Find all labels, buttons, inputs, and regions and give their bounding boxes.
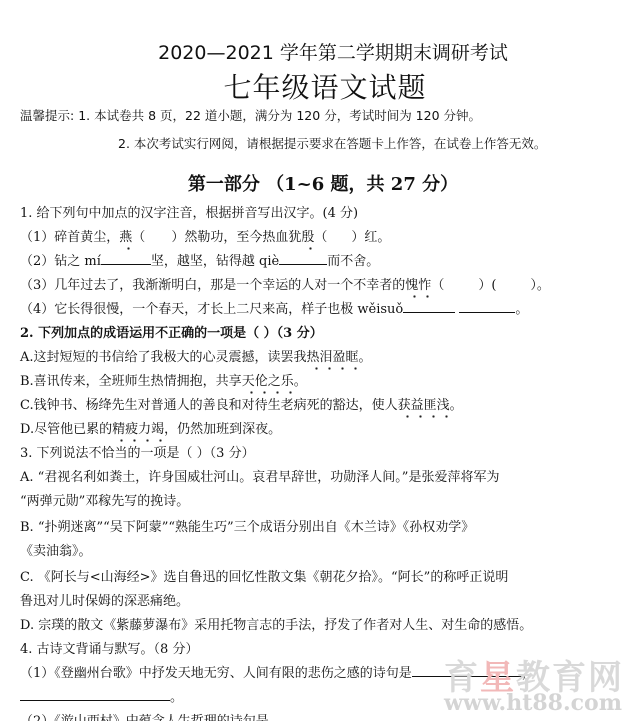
- dotted-char: 燕: [119, 226, 132, 245]
- tips-label: 温馨提示:: [20, 108, 74, 123]
- answer-blank: [459, 300, 515, 313]
- tips-item-2: 2. 本次考试实行网阅，请根据提示要求在答题卡上作答，在试卷上作答无效。: [118, 134, 546, 152]
- answer-blank: [279, 252, 327, 265]
- answer-blank: [412, 664, 522, 677]
- exam-title: 2020—2021 学年第二学期期末调研考试: [0, 38, 628, 65]
- paper-title: 七年级语文试题: [0, 66, 628, 106]
- section-title: 第一部分 （1~6 题，共 27 分）: [0, 170, 628, 196]
- dotted-char: 怍: [418, 274, 431, 293]
- q2-stem: 2. 下列加点的成语运用不正确的一项是（ ）（3 分）: [20, 322, 323, 341]
- watermark: 育星教育网 www.ht88.com: [404, 650, 624, 718]
- tips-item-1: 1. 本试卷共 8 页，22 道小题，满分为 120 分，考试时间为 120 分…: [78, 108, 481, 123]
- tips-line-1: 温馨提示: 1. 本试卷共 8 页，22 道小题，满分为 120 分，考试时间为…: [20, 106, 481, 124]
- q1-sub4: （4）它长得很慢，一个春天，才长上二尺来高，样子也极 wěisuǒ 。: [20, 298, 528, 317]
- answer-blank: [403, 300, 455, 313]
- q2-option-d: D.尽管他已累的精疲力竭，仍然加班到深夜。: [20, 418, 281, 437]
- answer-blank: [432, 712, 542, 721]
- dotted-char: 殷: [301, 226, 314, 245]
- answer-blank: [269, 712, 419, 721]
- q3-option-c-line2: 鲁迅对儿时保姆的深恶痛绝。: [20, 590, 189, 609]
- q3-option-a-line2: “两弹元勋”邓稼先写的挽诗。: [20, 490, 189, 509]
- q4-sub2: （2）《游山西村》中蕴含人生哲理的诗句是，。: [20, 710, 555, 721]
- q3-option-d: D. 宗璞的散文《紫藤萝瀑布》采用托物言志的手法，抒发了作者对人生、对生命的感悟…: [20, 614, 532, 633]
- q3-stem: 3. 下列说法不恰当的一项是（ ）（3 分）: [20, 442, 255, 461]
- q1-sub2: （2）钻之 mí坚，越坚，钻得越 qiè而不舍。: [20, 250, 379, 269]
- q2-option-c: C.钱钟书、杨绛先生对普通人的善良和对待生老病死的豁达，使人获益匪浅。: [20, 394, 463, 413]
- q2-option-b: B.喜讯传来，全班师生热情拥抱，共享天伦之乐。: [20, 370, 307, 389]
- dotted-idiom: 精疲力竭: [112, 418, 164, 437]
- q4-sub1-cont: 。: [20, 686, 183, 705]
- dotted-idiom: 天伦之乐: [242, 370, 294, 389]
- dotted-idiom: 获益匪浅: [398, 394, 450, 413]
- q3-option-b-line2: 《卖油翁》。: [20, 540, 92, 559]
- dotted-idiom: 热泪盈眶: [307, 346, 359, 365]
- q4-sub1: （1）《登幽州台歌》中抒发天地无穷、人间有限的悲伤之感的诗句是，: [20, 662, 535, 681]
- q3-option-b-line1: B. “扑朔迷离”“吴下阿蒙”“熟能生巧”三个成语分别出自《木兰诗》《孙权劝学》: [20, 516, 474, 535]
- q3-option-c-line1: C. 《阿长与<山海经>》选自鲁迅的回忆性散文集《朝花夕拾》。“阿长”的称呼正说…: [20, 566, 508, 585]
- q3-option-a-line1: A. “君视名利如粪土，许身国威壮河山。哀君早辞世，功勋泽人间。”是张爱萍将军为: [20, 466, 499, 485]
- answer-blank: [20, 688, 170, 701]
- q1-sub3: （3）几年过去了，我渐渐明白，那是一个幸运的人对一个不幸者的愧怍（）(）。: [20, 274, 550, 293]
- q1-stem: 1. 给下列句中加点的汉字注音，根据拼音写出汉字。(4 分): [20, 202, 358, 221]
- answer-blank: [101, 252, 151, 265]
- dotted-char: 愧: [405, 274, 418, 293]
- q4-stem: 4. 古诗文背诵与默写。（8 分）: [20, 638, 198, 657]
- q1-sub1: （1）碎首黄尘，燕（）然勒功，至今热血犹殷（）红。: [20, 226, 390, 245]
- q2-option-a: A.这封短短的书信给了我极大的心灵震撼，读罢我热泪盈眶。: [20, 346, 372, 365]
